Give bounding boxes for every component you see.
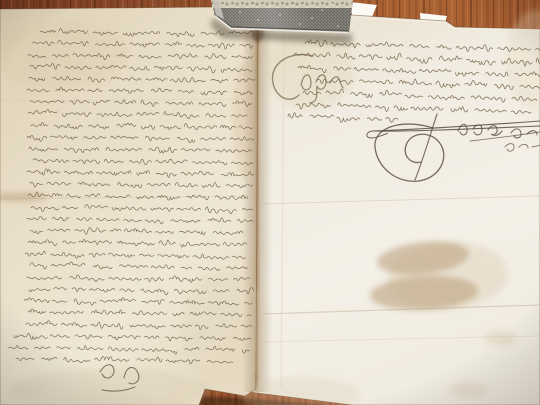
manuscript-scene: [0, 0, 540, 405]
photo-of-manuscript: [0, 0, 540, 405]
photo-vignette: [0, 0, 540, 405]
